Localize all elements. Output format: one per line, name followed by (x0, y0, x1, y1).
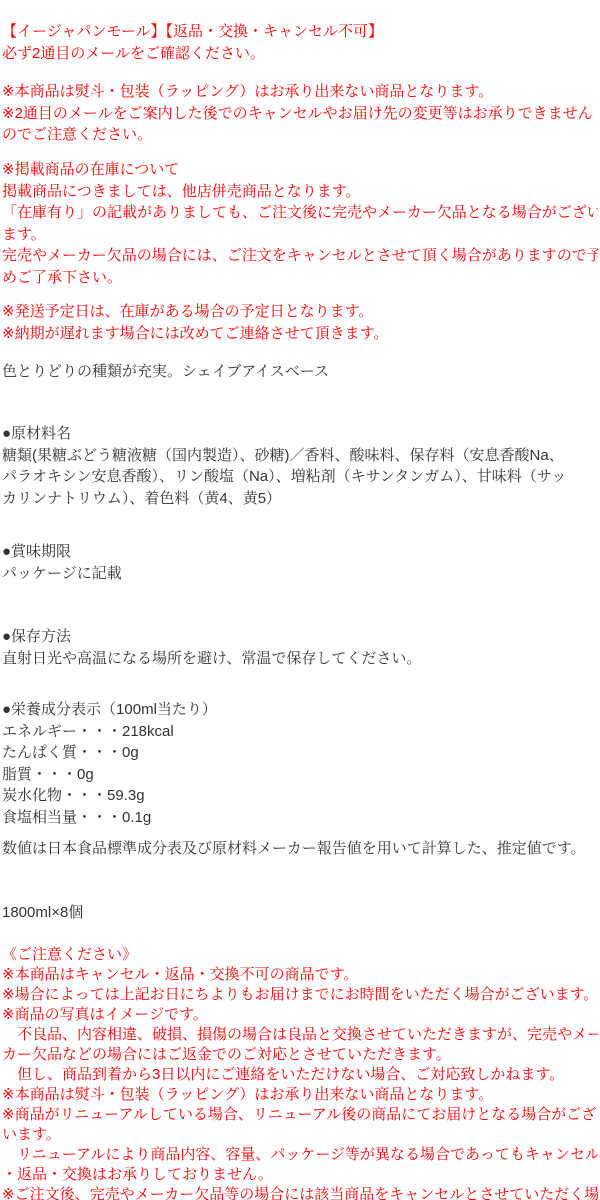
package-size: 1800ml×8個 (2, 902, 598, 924)
nutrition-disclaimer: 数値は日本食品標準成分表及び原材料メーカー報告値を用いて計算した、推定値です。 (2, 838, 598, 860)
ingredients-section: ●原材料名 糖類(果糖ぶどう糖液糖（国内製造）、砂糖)／香料、酸味料、保存料（安… (2, 423, 598, 509)
product-description-page: 【イージャパンモール】【返品・交換・キャンセル不可】 必ず2通目のメールをご確認… (0, 0, 600, 1200)
shipping-date-notice: ※発送予定日は、在庫がある場合の予定日となります。 ※納期が遅れます場合には改め… (2, 301, 598, 344)
product-catchcopy: 色とりどりの種類が充実。シェイブアイスベース (2, 361, 598, 383)
wrapping-cancel-notice: ※本商品は熨斗・包装（ラッピング）はお承り出来ない商品となります。 ※2通目のメ… (2, 81, 598, 146)
expiry-section: ●賞味期限 パッケージに記載 (2, 541, 598, 584)
caution-notice: 《ご注意ください》 ※本商品はキャンセル・返品・交換不可の商品です。 ※場合によ… (2, 945, 598, 1200)
mall-return-policy-notice: 【イージャパンモール】【返品・交換・キャンセル不可】 必ず2通目のメールをご確認… (2, 21, 598, 64)
nutrition-section: ●栄養成分表示（100ml当たり） エネルギー・・・218kcal たんぱく質・… (2, 699, 598, 828)
storage-section: ●保存方法 直射日光や高温になる場所を避け、常温で保存してください。 (2, 626, 598, 669)
stock-notice: ※掲載商品の在庫について 掲載商品につきましては、他店併売商品となります。 「在… (2, 159, 598, 288)
